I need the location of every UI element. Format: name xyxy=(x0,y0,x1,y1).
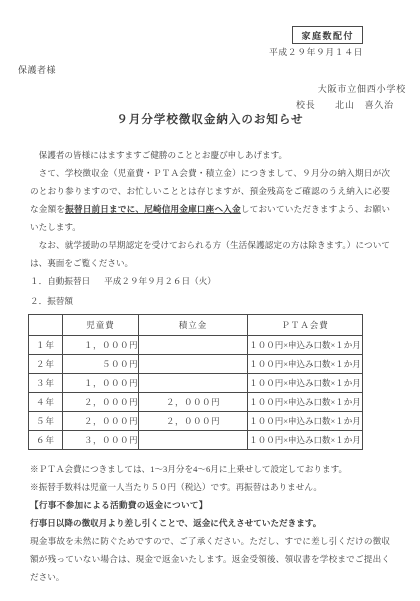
child-fee-cell: １，０００円 xyxy=(63,374,139,393)
reserve-fee-cell xyxy=(139,374,248,393)
recipient: 保護者様 xyxy=(18,63,56,76)
refund-section-heading: 【行事不参加による活動費の返金について】 xyxy=(30,496,390,514)
auto-transfer-date-label: １．自動振替日 xyxy=(30,276,90,286)
pta-fee-cell: １００円×申込み口数×１か月 xyxy=(248,355,363,374)
reserve-fee-cell: ２，０００円 xyxy=(139,393,248,412)
child-fee-cell: ２，０００円 xyxy=(63,393,139,412)
child-fee-cell: ２，０００円 xyxy=(63,412,139,431)
table-row: ５年 ２，０００円 ２，０００円 １００円×申込み口数×１か月 xyxy=(29,412,363,431)
table-row: ４年 ２，０００円 ２，０００円 １００円×申込み口数×１か月 xyxy=(29,393,363,412)
notice-title: ９月分学校徴収金納入のお知らせ xyxy=(0,111,420,127)
main-paragraph: さて、学校徴収金（児童費・ＰＴＡ会費・積立金）につきまして、９月分の納入期日が次… xyxy=(30,164,390,236)
transfer-amount-line: ２．振替額 xyxy=(30,292,390,310)
grade-cell: ６年 xyxy=(29,431,63,450)
refund-line-1: 行事日以降の徴収月より差し引くことで、返金に代えさせていただきます。 xyxy=(30,514,390,532)
child-fee-cell: ５００円 xyxy=(63,355,139,374)
grade-header-cell xyxy=(29,315,63,336)
table-row: ６年 ３，０００円 １００円×申込み口数×１か月 xyxy=(29,431,363,450)
pta-fee-header-cell: ＰＴＡ会費 xyxy=(248,315,363,336)
child-fee-cell: １，０００円 xyxy=(63,336,139,355)
payment-deadline-emphasis: 振替日前日までに、尼崎信用金庫口座へ入金 xyxy=(65,204,241,214)
pta-fee-cell: １００円×申込み口数×１か月 xyxy=(248,393,363,412)
grade-cell: １年 xyxy=(29,336,63,355)
reserve-fee-cell xyxy=(139,431,248,450)
grade-cell: ２年 xyxy=(29,355,63,374)
grade-cell: ５年 xyxy=(29,412,63,431)
note-paragraph: なお、就学援助の早期認定を受けておられる方（生活保護認定の方は除きます。）につい… xyxy=(30,236,390,272)
table-row: ３年 １，０００円 １００円×申込み口数×１か月 xyxy=(29,374,363,393)
table-row: １年 １，０００円 １００円×申込み口数×１か月 xyxy=(29,336,363,355)
auto-transfer-date-value: 平成２９年９月２６日（火） xyxy=(104,276,216,286)
reserve-fee-cell: ２，０００円 xyxy=(139,412,248,431)
grade-cell: ３年 xyxy=(29,374,63,393)
table-row: ２年 ５００円 １００円×申込み口数×１か月 xyxy=(29,355,363,374)
child-fee-cell: ３，０００円 xyxy=(63,431,139,450)
reserve-fee-cell xyxy=(139,355,248,374)
school-name: 大阪市立佃西小学校 xyxy=(318,82,406,95)
pta-fee-cell: １００円×申込み口数×１か月 xyxy=(248,412,363,431)
principal-name: 校長 北山 喜久治 xyxy=(296,98,394,111)
refund-line-2: 現金事故を未然に防ぐためですので、ご了承ください。ただし、すでに差し引くだけの徴… xyxy=(30,532,390,586)
pta-note: ※ＰＴＡ会費につきましては、1～3月分を4～6月に上乗せして設定しております。 xyxy=(30,460,390,478)
child-fee-header-cell: 児童費 xyxy=(63,315,139,336)
fee-table: 児童費 積立金 ＰＴＡ会費 １年 １，０００円 １００円×申込み口数×１か月 ２… xyxy=(28,314,363,450)
pta-fee-cell: １００円×申込み口数×１か月 xyxy=(248,336,363,355)
issue-date: 平成２９年９月１４日 xyxy=(269,45,363,58)
notes-section: ※ＰＴＡ会費につきましては、1～3月分を4～6月に上乗せして設定しております。 … xyxy=(30,460,390,496)
document-body: 保護者の皆様にはますますご健勝のこととお慶び申しあげます。 さて、学校徴収金（児… xyxy=(30,146,390,586)
document-page: 家庭数配付 平成２９年９月１４日 保護者様 大阪市立佃西小学校 校長 北山 喜久… xyxy=(0,0,420,601)
pta-fee-cell: １００円×申込み口数×１か月 xyxy=(248,431,363,450)
grade-cell: ４年 xyxy=(29,393,63,412)
reserve-fee-cell xyxy=(139,336,248,355)
reserve-fee-header-cell: 積立金 xyxy=(139,315,248,336)
transfer-amount-label: ２．振替額 xyxy=(30,296,73,306)
distribution-label: 家庭数配付 xyxy=(292,26,363,44)
auto-transfer-date-line: １．自動振替日平成２９年９月２６日（火） xyxy=(30,272,390,290)
table-header-row: 児童費 積立金 ＰＴＡ会費 xyxy=(29,315,363,336)
fee-note: ※振替手数料は児童一人当たり５０円（税込）です。再振替はありません。 xyxy=(30,478,390,496)
greeting-paragraph: 保護者の皆様にはますますご健勝のこととお慶び申しあげます。 xyxy=(30,146,390,164)
pta-fee-cell: １００円×申込み口数×１か月 xyxy=(248,374,363,393)
